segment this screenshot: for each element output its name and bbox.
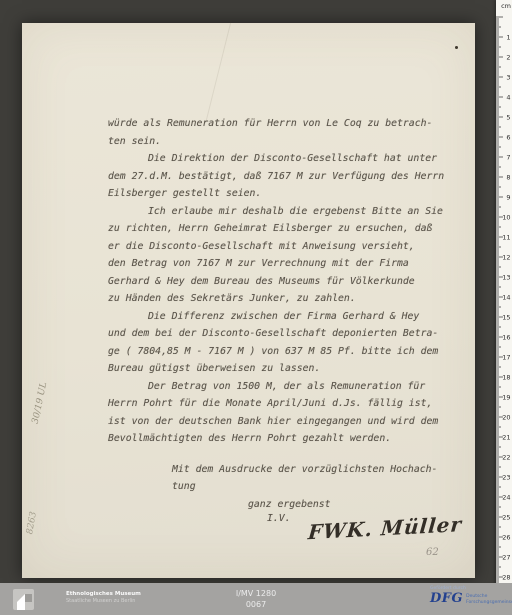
ruler-tick-label: 13 bbox=[502, 274, 510, 282]
ruler-tick-label: 28 bbox=[502, 574, 510, 582]
archive-footer-bar: Ethnologisches Museum Staatliche Museen … bbox=[0, 583, 512, 615]
ruler-tick-label: 2 bbox=[506, 54, 510, 62]
paper-crease bbox=[205, 20, 231, 122]
ruler-tick-label: 12 bbox=[502, 254, 510, 262]
ruler-tick-label: 15 bbox=[502, 314, 510, 322]
closing-line: tung bbox=[108, 478, 473, 496]
letter-line: zu Händen des Sekretärs Junker, zu zahle… bbox=[108, 290, 473, 308]
ruler-unit-label: cm bbox=[501, 2, 511, 10]
letter-line: zu richten, Herrn Geheimrat Eilsberger z… bbox=[108, 220, 473, 238]
ruler-tick-label: 11 bbox=[502, 234, 510, 242]
ink-speck bbox=[455, 46, 458, 49]
letter-line: Bureau gütigst überweisen zu lassen. bbox=[108, 360, 473, 378]
ruler-tick-label: 10 bbox=[502, 214, 510, 222]
ruler-tick-label: 14 bbox=[502, 294, 510, 302]
dfg-credit: Gefördert durch DFG Deutsche Forschungsg… bbox=[430, 586, 512, 605]
letter-line: würde als Remuneration für Herrn von Le … bbox=[108, 115, 473, 133]
letter-line: Herrn Pohrt für die Monate April/Juni d.… bbox=[108, 395, 473, 413]
ruler-tick-label: 22 bbox=[502, 454, 510, 462]
ruler-tick-label: 18 bbox=[502, 374, 510, 382]
pencil-page-number: 62 bbox=[426, 547, 439, 558]
letter-line: Ich erlaube mir deshalb die ergebenst Bi… bbox=[108, 203, 473, 221]
ruler-tick-label: 27 bbox=[502, 554, 510, 562]
letter-page: würde als Remuneration für Herrn von Le … bbox=[22, 23, 475, 578]
letter-line: dem 27.d.M. bestätigt, daß 7167 M zur Ve… bbox=[108, 168, 473, 186]
ruler-tick-label: 23 bbox=[502, 474, 510, 482]
letter-line: und dem bei der Disconto-Gesellschaft de… bbox=[108, 325, 473, 343]
ruler-tick-label: 4 bbox=[506, 94, 510, 102]
letter-line: ge ( 7804,85 M - 7167 M ) von 637 M 85 P… bbox=[108, 343, 473, 361]
dfg-logo: DFG bbox=[430, 592, 463, 605]
letter-line: Eilsberger gestellt seien. bbox=[108, 185, 473, 203]
valediction: ganz ergebenst bbox=[108, 496, 473, 514]
dfg-full-name: Deutsche Forschungsgemeinschaft bbox=[466, 592, 512, 605]
dfg-name-line: Forschungsgemeinschaft bbox=[466, 600, 512, 606]
ruler-tick-label: 8 bbox=[506, 174, 510, 182]
ruler-tick-label: 20 bbox=[502, 414, 510, 422]
ruler-tick-label: 7 bbox=[506, 154, 510, 162]
ruler-tick-label: 24 bbox=[502, 494, 510, 502]
ruler-tick-label: 6 bbox=[506, 134, 510, 142]
ruler-tick-label: 9 bbox=[506, 194, 510, 202]
letter-line: Die Direktion der Disconto-Gesellschaft … bbox=[108, 150, 473, 168]
ruler-tick-label: 17 bbox=[502, 354, 510, 362]
letter-line: Der Betrag von 1500 M, der als Remunerat… bbox=[108, 378, 473, 396]
ruler-tick-label: 25 bbox=[502, 514, 510, 522]
letter-line: ten sein. bbox=[108, 133, 473, 151]
ruler: 1234567891011121314151617181920212223242… bbox=[496, 0, 512, 592]
margin-pencil-note: 8263 bbox=[20, 483, 44, 564]
letter-line: den Betrag von 7167 M zur Verrechnung mi… bbox=[108, 255, 473, 273]
ruler-tick-label: 16 bbox=[502, 334, 510, 342]
letter-body: würde als Remuneration für Herrn von Le … bbox=[108, 115, 473, 524]
letter-line: Bevollmächtigten des Herrn Pohrt gezahlt… bbox=[108, 430, 473, 448]
letter-line: er die Disconto-Gesellschaft mit Anweisu… bbox=[108, 238, 473, 256]
letter-line: Gerhard & Hey dem Bureau des Museums für… bbox=[108, 273, 473, 291]
ruler-tick-label: 19 bbox=[502, 394, 510, 402]
ruler-tick-label: 5 bbox=[506, 114, 510, 122]
scan-viewer: würde als Remuneration für Herrn von Le … bbox=[0, 0, 512, 615]
ruler-tick-label: 21 bbox=[502, 434, 510, 442]
letter-line: Die Differenz zwischen der Firma Gerhard… bbox=[108, 308, 473, 326]
margin-pencil-note: 30/19 UL bbox=[25, 353, 56, 453]
closing-line: Mit dem Ausdrucke der vorzüglichsten Hoc… bbox=[108, 461, 473, 479]
ruler-tick-label: 26 bbox=[502, 534, 510, 542]
letter-line: ist von der deutschen Bank hier eingegan… bbox=[108, 413, 473, 431]
ruler-tick-label: 3 bbox=[506, 74, 510, 82]
ruler-tick-label: 1 bbox=[506, 34, 510, 42]
